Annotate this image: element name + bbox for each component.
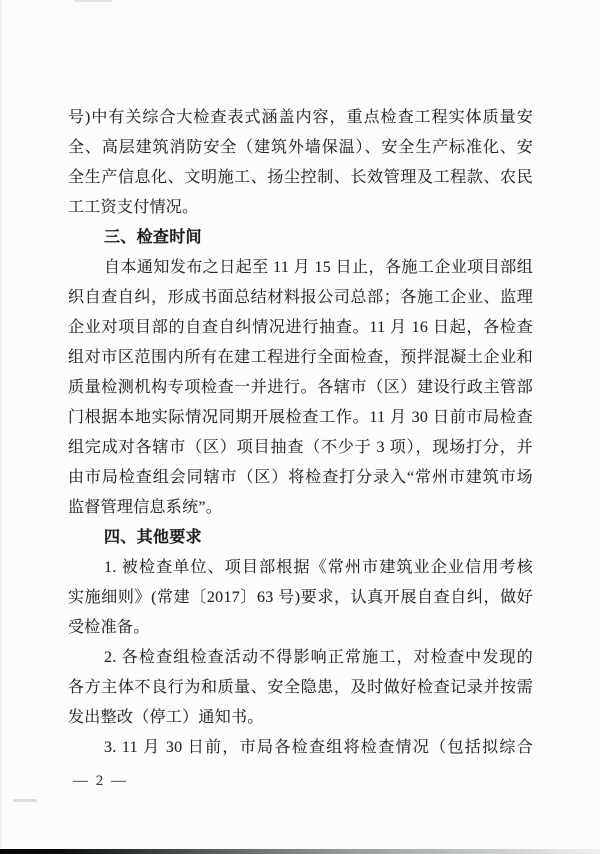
text-line: 发出整改（停工）通知书。 xyxy=(68,703,533,733)
page-number: — 2 — xyxy=(68,769,533,793)
text-line: 门根据本地实际情况同期开展检查工作。11 月 30 日前市局检查 xyxy=(68,403,533,433)
text-line: 质量检测机构专项检查一并进行。各辖市（区）建设行政主管部 xyxy=(68,373,533,403)
scan-bottom-edge xyxy=(0,849,600,854)
text-line: 受检准备。 xyxy=(68,613,533,643)
text-line: 3. 11 月 30 日前，市局各检查组将检查情况（包括拟综合 xyxy=(68,733,533,763)
scan-smudge-artifact xyxy=(13,799,37,802)
text-line: 企业对项目部的自查自纠情况进行抽查。11 月 16 日起，各检查 xyxy=(68,313,533,343)
text-line: 组对市区范围内所有在建工程进行全面检查，预拌混凝土企业和 xyxy=(68,343,533,373)
text-line: 自本通知发布之日起至 11 月 15 日止，各施工企业项目部组 xyxy=(68,253,533,283)
scan-top-artifact xyxy=(74,0,112,2)
text-line: 实施细则》(常建〔2017〕63 号)要求，认真开展自查自纠，做好 xyxy=(68,583,533,613)
text-line: 监督管理信息系统”。 xyxy=(68,493,533,523)
text-line: 织自查自纠，形成书面总结材料报公司总部；各施工企业、监理 xyxy=(68,283,533,313)
text-line: 组完成对各辖市（区）项目抽查（不少于 3 项），现场打分，并 xyxy=(68,433,533,463)
text-line: 由市局检查组会同辖市（区）将检查打分录入“常州市建筑市场 xyxy=(68,463,533,493)
section-heading-3: 三、检查时间 xyxy=(68,223,533,253)
text-line: 1. 被检查单位、项目部根据《常州市建筑业企业信用考核 xyxy=(68,553,533,583)
text-line: 各方主体不良行为和质量、安全隐患，及时做好检查记录并按需 xyxy=(68,673,533,703)
text-line: 全生产信息化、文明施工、扬尘控制、长效管理及工程款、农民 xyxy=(68,163,533,193)
scanned-document-page: 号)中有关综合大检查表式涵盖内容，重点检查工程实体质量安 全、高层建筑消防安全（… xyxy=(0,0,600,854)
text-line: 号)中有关综合大检查表式涵盖内容，重点检查工程实体质量安 xyxy=(68,103,533,133)
text-line: 2. 各检查组检查活动不得影响正常施工，对检查中发现的 xyxy=(68,643,533,673)
text-line: 全、高层建筑消防安全（建筑外墙保温）、安全生产标准化、安 xyxy=(68,133,533,163)
document-body: 号)中有关综合大检查表式涵盖内容，重点检查工程实体质量安 全、高层建筑消防安全（… xyxy=(68,103,533,793)
section-heading-4: 四、其他要求 xyxy=(68,523,533,553)
text-line: 工工资支付情况。 xyxy=(68,193,533,223)
